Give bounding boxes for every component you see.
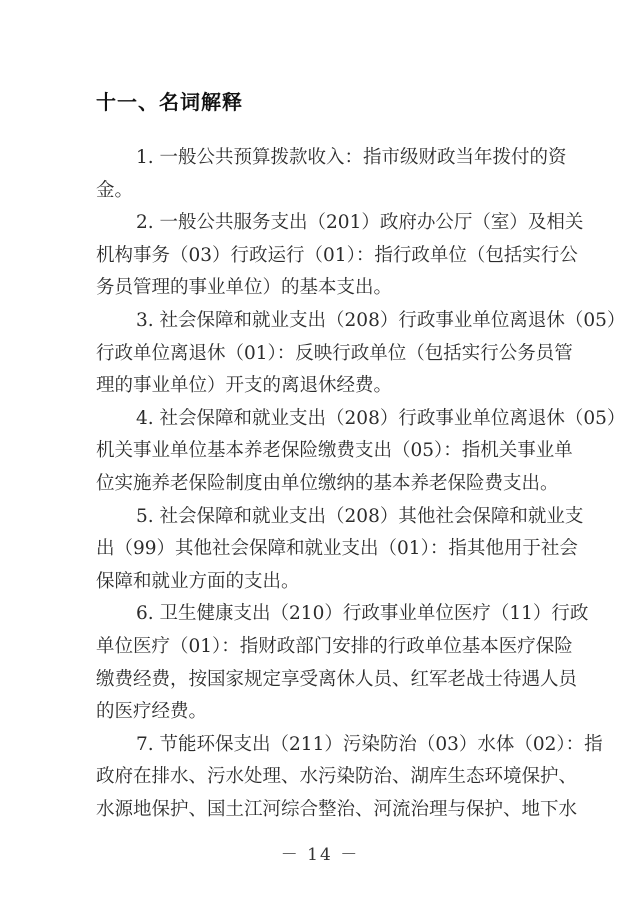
paragraph-7-line-1: 7. 节能环保支出（211）污染防治（03）水体（02）：指 bbox=[96, 729, 548, 762]
paragraph-4-line-2: 机关事业单位基本养老保险缴费支出（05）：指机关事业单 bbox=[96, 435, 548, 468]
paragraph-5-line-2: 出（99）其他社会保障和就业支出（01）：指其他用于社会 bbox=[96, 533, 548, 566]
paragraph-6-line-1: 6. 卫生健康支出（210）行政事业单位医疗（11）行政 bbox=[96, 598, 548, 631]
paragraph-7-line-2: 政府在排水、污水处理、水污染防治、湖库生态环境保护、 bbox=[96, 761, 548, 794]
page-number: － 14 － bbox=[0, 840, 640, 865]
paragraph-6-line-2: 单位医疗（01）：指财政部门安排的行政单位基本医疗保险 bbox=[96, 631, 548, 664]
paragraph-2-line-1: 2. 一般公共服务支出（201）政府办公厅（室）及相关 bbox=[96, 207, 548, 240]
paragraph-7-line-3: 水源地保护、国土江河综合整治、河流治理与保护、地下水 bbox=[96, 794, 548, 827]
paragraph-3-line-1: 3. 社会保障和就业支出（208）行政事业单位离退休（05） bbox=[96, 305, 548, 338]
paragraph-1-line-1: 1. 一般公共预算拨款收入：指市级财政当年拨付的资 bbox=[96, 142, 548, 175]
paragraph-4-line-1: 4. 社会保障和就业支出（208）行政事业单位离退休（05） bbox=[96, 403, 548, 436]
definitions-body: 1. 一般公共预算拨款收入：指市级财政当年拨付的资 金。 2. 一般公共服务支出… bbox=[96, 142, 548, 826]
paragraph-5-line-1: 5. 社会保障和就业支出（208）其他社会保障和就业支 bbox=[96, 501, 548, 534]
paragraph-1-line-2: 金。 bbox=[96, 175, 548, 208]
document-page: 十一、名词解释 1. 一般公共预算拨款收入：指市级财政当年拨付的资 金。 2. … bbox=[0, 0, 640, 905]
paragraph-5-line-3: 保障和就业方面的支出。 bbox=[96, 566, 548, 599]
section-heading: 十一、名词解释 bbox=[96, 86, 243, 115]
paragraph-6-line-3: 缴费经费，按国家规定享受离休人员、红军老战士待遇人员 bbox=[96, 664, 548, 697]
paragraph-3-line-2: 行政单位离退休（01）：反映行政单位（包括实行公务员管 bbox=[96, 338, 548, 371]
paragraph-3-line-3: 理的事业单位）开支的离退休经费。 bbox=[96, 370, 548, 403]
paragraph-6-line-4: 的医疗经费。 bbox=[96, 696, 548, 729]
paragraph-2-line-2: 机构事务（03）行政运行（01）：指行政单位（包括实行公 bbox=[96, 240, 548, 273]
paragraph-2-line-3: 务员管理的事业单位）的基本支出。 bbox=[96, 272, 548, 305]
paragraph-4-line-3: 位实施养老保险制度由单位缴纳的基本养老保险费支出。 bbox=[96, 468, 548, 501]
